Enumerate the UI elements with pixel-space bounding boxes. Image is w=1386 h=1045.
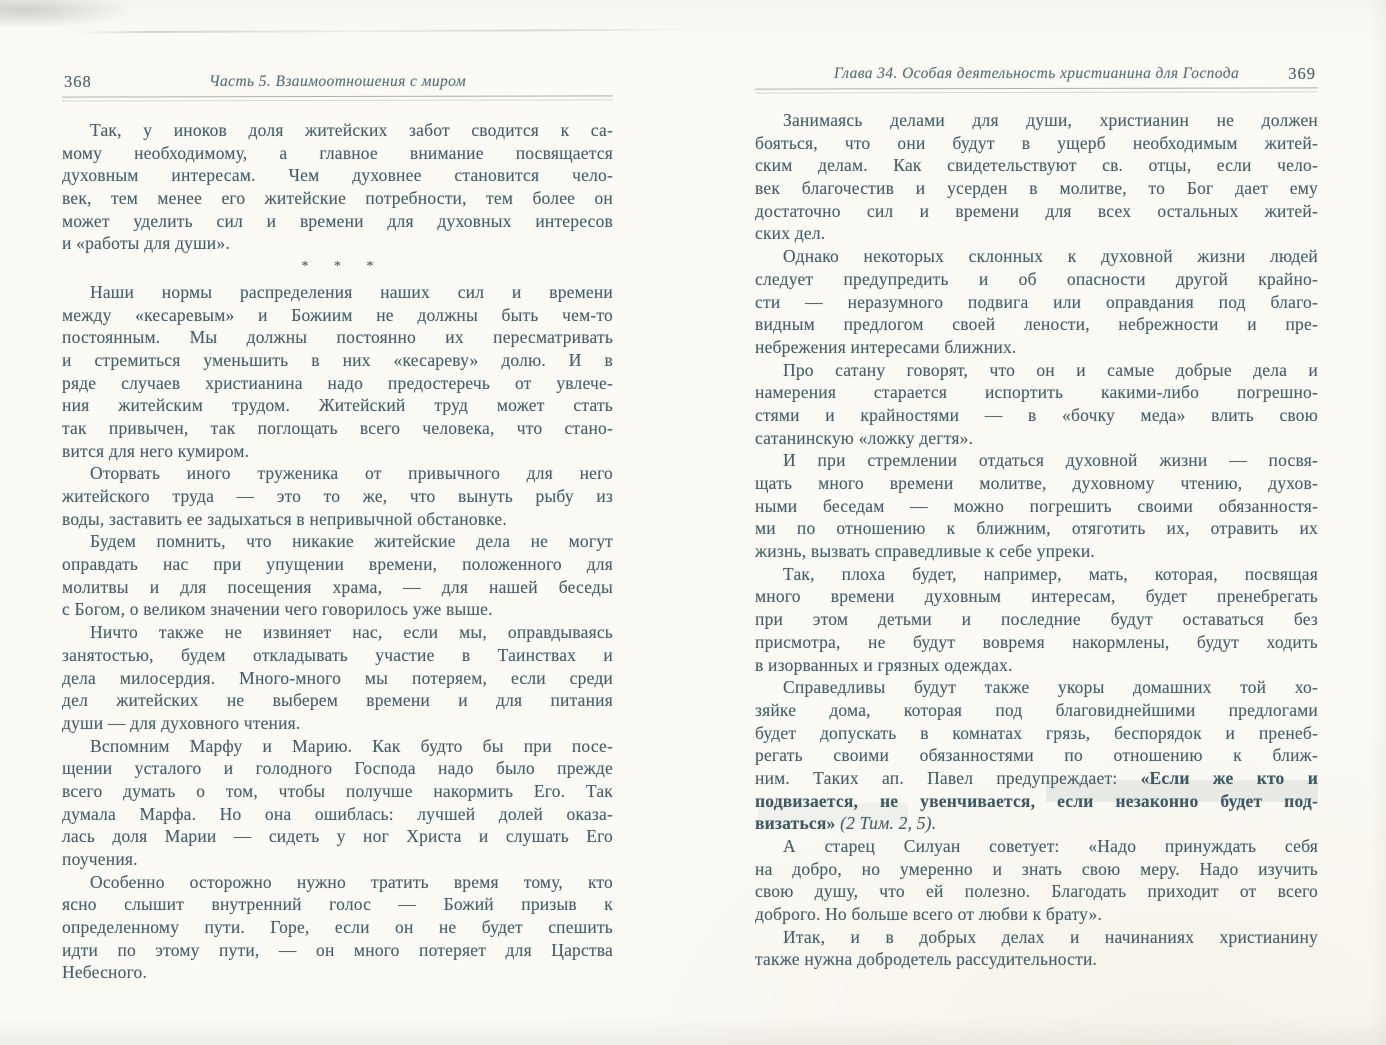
text-line: сатанинскую «ложку дегтя». [755, 427, 1318, 450]
text-line: так привычен, так поглощать всего челове… [62, 417, 613, 440]
scan-smudge-artifact [0, 0, 130, 28]
book-spread: 368 Часть 5. Взаимоотношения с миром Так… [0, 0, 1386, 1045]
text-line: ными беседам — можно погрешить своими об… [755, 495, 1318, 518]
text-line: небрежения интересами ближних. [755, 336, 1318, 359]
paragraph: Оторвать иного труженика от привычного д… [62, 462, 613, 530]
text-line: вится для него кумиром. [62, 440, 613, 463]
text-segment: ним. Таких ап. Павел предупреждает: [755, 768, 1141, 788]
text-line: Так, у иноков доля житейских забот своди… [62, 119, 613, 142]
text-line: щении усталого и голодного Господа надо … [62, 757, 613, 780]
text-line: Однако некоторых склонных к духовной жиз… [755, 245, 1318, 268]
header-rule [62, 95, 613, 101]
text-line: А старец Силуан советует: «Надо принужда… [755, 835, 1318, 858]
paragraph: Так, плоха будет, например, мать, котора… [755, 563, 1318, 676]
text-line: стями и крайностями — в «бочку меда» вли… [755, 404, 1318, 427]
text-line: Особенно осторожно нужно тратить время т… [62, 871, 613, 894]
paragraph: Ничто также не извиняет нас, если мы, оп… [62, 621, 613, 734]
paragraph: Однако некоторых склонных к духовной жиз… [755, 245, 1318, 358]
text-line: постоянным. Мы должны постоянно их перес… [62, 326, 613, 349]
page-right: Глава 34. Особая деятельность христианин… [755, 64, 1318, 971]
text-line: жизнь, вызвать справедливые к себе упрек… [755, 540, 1318, 563]
text-line: в изорванных и грязных одеждах. [755, 654, 1318, 677]
text-line: регать своими обязанностями по отношению… [755, 744, 1318, 767]
text-line: дела милосердия. Много-много мы потеряем… [62, 667, 613, 690]
text-line: думала Марфа. Но она ошиблась: лучшей до… [62, 803, 613, 826]
text-line: следует предупредить и об опасности друг… [755, 268, 1318, 291]
text-line: подвизается, не увенчивается, если незак… [755, 790, 1318, 813]
text-line: доброго. Но больше всего от любви к брат… [755, 903, 1318, 926]
body-text-left: Так, у иноков доля житейских забот своди… [62, 119, 613, 984]
header-rule [755, 87, 1318, 93]
page-header-left: 368 Часть 5. Взаимоотношения с миром [62, 72, 613, 94]
text-line: Будем помнить, что никакие житейские дел… [62, 530, 613, 553]
paragraph: Наши нормы распределения наших сил и вре… [62, 281, 613, 463]
text-line: занятостью, будем откладывать участие в … [62, 644, 613, 667]
text-line: ния житейским трудом. Житейский труд мож… [62, 394, 613, 417]
text-line: ским делам. Как свидетельствуют св. отцы… [755, 154, 1318, 177]
text-line: ясно слышит внутренний голос — Божий при… [62, 893, 613, 916]
text-line: воды, заставить ее задыхаться в непривыч… [62, 508, 613, 531]
paragraph: А старец Силуан советует: «Надо принужда… [755, 835, 1318, 926]
paragraph: Занимаясь делами для души, христианин не… [755, 109, 1318, 245]
text-line: всего думать о том, чтобы получше накорм… [62, 780, 613, 803]
scan-right-shade [1370, 0, 1386, 1045]
text-line: век благочестив и усерден в молитве, то … [755, 177, 1318, 200]
text-line: поучения. [62, 848, 613, 871]
text-line: Ничто также не извиняет нас, если мы, оп… [62, 621, 613, 644]
text-segment: подвизается, не увенчивается, если незак… [755, 791, 1318, 811]
text-line: Итак, и в добрых делах и начинаниях хрис… [755, 926, 1318, 949]
paragraph: Справедливы будут также укоры домашних т… [755, 676, 1318, 835]
text-line: Небесного. [62, 961, 613, 984]
text-line: щать много времени молитве, духовному чт… [755, 472, 1318, 495]
text-line: и стремиться уменьшить в них «кесареву» … [62, 349, 613, 372]
text-line: Так, плоха будет, например, мать, котора… [755, 563, 1318, 586]
text-line: духовным интересам. Чем духовнее станови… [62, 164, 613, 187]
text-line: также нужна добродетель рассудительности… [755, 948, 1318, 971]
text-line: И при стремлении отдаться духовной жизни… [755, 449, 1318, 472]
text-line: определенному пути. Горе, если он не буд… [62, 916, 613, 939]
text-line: лась доля Марии — сидеть у ног Христа и … [62, 825, 613, 848]
text-segment: (2 Тим. 2, 5). [840, 813, 936, 833]
text-line: бояться, что они будут в ущерб необходим… [755, 132, 1318, 155]
paragraph: Будем помнить, что никакие житейские дел… [62, 530, 613, 621]
page-left: 368 Часть 5. Взаимоотношения с миром Так… [62, 72, 613, 984]
text-line: дел житейских не выберем времени и для п… [62, 689, 613, 712]
text-line: будет допускать в комнатах грязь, беспор… [755, 722, 1318, 745]
body-text-right: Занимаясь делами для души, христианин не… [755, 109, 1318, 971]
text-segment: «Если же кто и [1141, 768, 1318, 788]
paragraph: Про сатану говорят, что он и самые добры… [755, 359, 1318, 450]
text-line: сти — неразумного подвига или оправдания… [755, 291, 1318, 314]
text-line: ских дел. [755, 222, 1318, 245]
paragraph: Особенно осторожно нужно тратить время т… [62, 871, 613, 984]
paragraph: И при стремлении отдаться духовной жизни… [755, 449, 1318, 562]
text-line: достаточно сил и времени для всех осталь… [755, 200, 1318, 223]
text-line: между «кесаревым» и Божиим не должны быт… [62, 304, 613, 327]
text-line: видным предлогом своей лености, небрежно… [755, 313, 1318, 336]
text-line: Справедливы будут также укоры домашних т… [755, 676, 1318, 699]
page-number: 368 [64, 72, 92, 92]
text-line: много времени духовным интересам, будет … [755, 585, 1318, 608]
scan-page-edge-artifact [78, 29, 688, 34]
text-line: присмотра, не будут вовремя накормлены, … [755, 631, 1318, 654]
text-line: ним. Таких ап. Павел предупреждает: «Есл… [755, 767, 1318, 790]
text-line: визаться» (2 Тим. 2, 5). [755, 812, 1318, 835]
page-header-right: Глава 34. Особая деятельность христианин… [755, 64, 1318, 86]
paragraph: Итак, и в добрых делах и начинаниях хрис… [755, 926, 1318, 971]
text-segment: визаться» [755, 813, 840, 833]
paragraph: Вспомним Марфу и Марию. Как будто бы при… [62, 735, 613, 871]
text-line: и «работы для души». [62, 232, 613, 255]
text-line: Про сатану говорят, что он и самые добры… [755, 359, 1318, 382]
text-line: идти по этому пути, — он много потеряет … [62, 939, 613, 962]
scan-bottom-shade [0, 1017, 1386, 1045]
text-line: Занимаясь делами для души, христианин не… [755, 109, 1318, 132]
text-line: с Богом, о великом значении чего говорил… [62, 598, 613, 621]
text-line: Вспомним Марфу и Марию. Как будто бы при… [62, 735, 613, 758]
running-header: Часть 5. Взаимоотношения с миром [62, 72, 613, 92]
paragraph: Так, у иноков доля житейских забот своди… [62, 119, 613, 255]
text-line: ми по отношению к ближним, отяготить их,… [755, 517, 1318, 540]
text-line: Оторвать иного труженика от привычного д… [62, 462, 613, 485]
text-line: души — для духовного чтения. [62, 712, 613, 735]
text-line: Наши нормы распределения наших сил и вре… [62, 281, 613, 304]
section-separator: * * * [62, 256, 613, 279]
text-line: при этом детьми и последние будут остава… [755, 608, 1318, 631]
text-line: житейского труда — это то же, что вынуть… [62, 485, 613, 508]
text-line: век, тем менее его житейские потребности… [62, 187, 613, 210]
text-line: оправдать нас при упущении времени, поло… [62, 553, 613, 576]
text-line: молитвы и для посещения храма, — для наш… [62, 576, 613, 599]
text-line: мому необходимому, а главное внимание по… [62, 142, 613, 165]
text-line: может уделить сил и времени для духовных… [62, 210, 613, 233]
text-line: на добро, но умеренно и знать свою меру.… [755, 858, 1318, 881]
text-line: свою душу, что ей полезно. Благодать при… [755, 880, 1318, 903]
text-line: ряде случаев христианина надо предостере… [62, 372, 613, 395]
running-header: Глава 34. Особая деятельность христианин… [755, 64, 1318, 84]
page-number: 369 [1288, 64, 1316, 84]
text-line: зяйке дома, которая под благовиднейшими … [755, 699, 1318, 722]
text-line: намерения старается испортить какими-либ… [755, 381, 1318, 404]
